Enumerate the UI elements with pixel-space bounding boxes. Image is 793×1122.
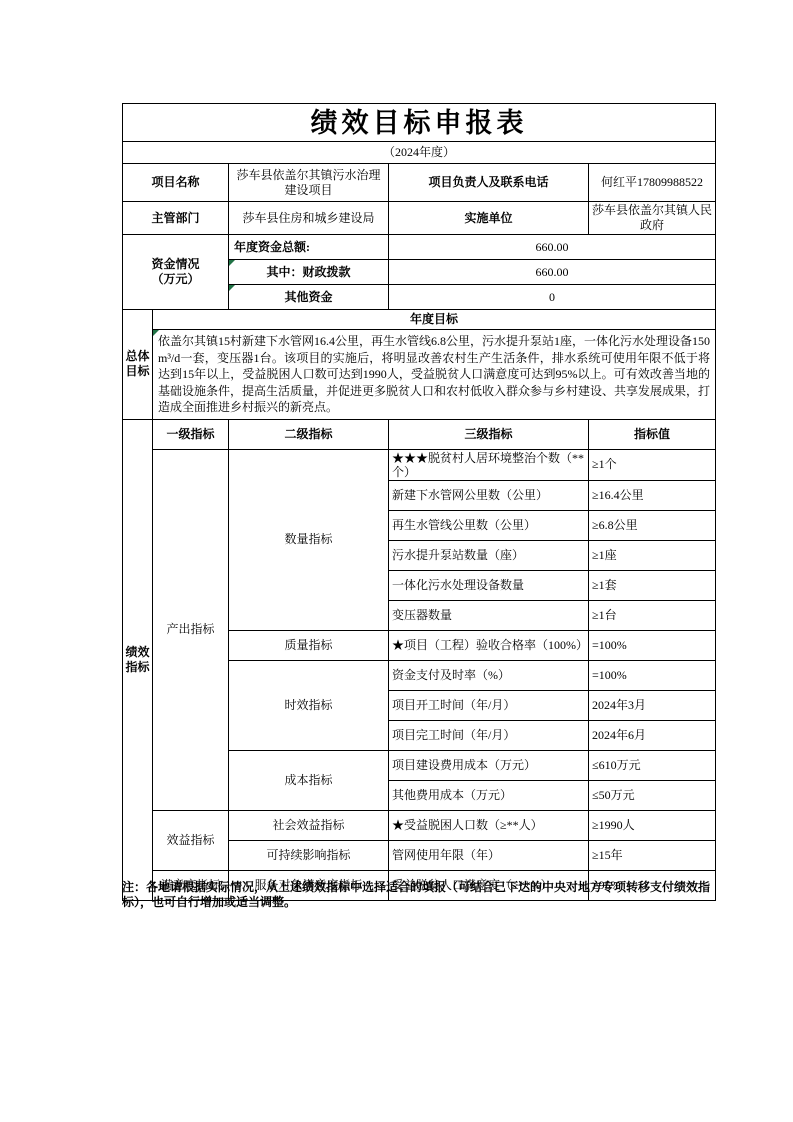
manager-value: 何红平17809988522 xyxy=(589,164,716,202)
cell-flag-icon xyxy=(229,285,235,291)
indicator-name: 资金支付及时率（%） xyxy=(389,660,589,690)
indicator-value: ≤610万元 xyxy=(589,750,716,780)
overall-goal-text-row: 依盖尔其镇15村新建下水管网16.4公里，再生水管线6.8公里，污水提升泵站1座… xyxy=(123,330,716,420)
indicator-name: 再生水管线公里数（公里） xyxy=(389,510,589,540)
col-header-level3: 三级指标 xyxy=(389,419,589,449)
level2-quality: 质量指标 xyxy=(229,630,389,660)
performance-indicators-label: 绩效 指标 xyxy=(123,419,153,900)
col-header-level2: 二级指标 xyxy=(229,419,389,449)
manager-label: 项目负责人及联系电话 xyxy=(389,164,589,202)
level2-social: 社会效益指标 xyxy=(229,810,389,840)
funding-label: 资金情况 （万元） xyxy=(123,235,229,310)
col-header-value: 指标值 xyxy=(589,419,716,449)
impl-unit-value: 莎车县依盖尔其镇人民政府 xyxy=(589,202,716,235)
indicator-value: ≥1个 xyxy=(589,449,716,480)
indicator-name: ★受益脱困人口数（≥**人） xyxy=(389,810,589,840)
cell-flag-icon xyxy=(153,330,159,336)
annual-goal-header: 年度目标 xyxy=(153,310,716,330)
title-row: 绩效目标申报表 xyxy=(123,104,716,142)
funding-total-row: 资金情况 （万元） 年度资金总额: 660.00 xyxy=(123,235,716,260)
level2-sustain: 可持续影响指标 xyxy=(229,840,389,870)
indicator-value: ≥15年 xyxy=(589,840,716,870)
funding-other-value: 0 xyxy=(389,285,716,310)
level1-benefit: 效益指标 xyxy=(153,810,229,870)
indicator-value: ≥1台 xyxy=(589,600,716,630)
level2-cost: 成本指标 xyxy=(229,750,389,810)
indicator-name: ★★★脱贫村人居环境整治个数（**个） xyxy=(389,449,589,480)
overall-goal-text: 依盖尔其镇15村新建下水管网16.4公里，再生水管线6.8公里，污水提升泵站1座… xyxy=(153,330,716,420)
page-title: 绩效目标申报表 xyxy=(123,104,716,142)
indicator-row: 效益指标 社会效益指标 ★受益脱困人口数（≥**人） ≥1990人 xyxy=(123,810,716,840)
indicator-value: 2024年6月 xyxy=(589,720,716,750)
overall-goal-label: 总体 目标 xyxy=(123,310,153,420)
subtitle-row: （2024年度） xyxy=(123,142,716,164)
cell-flag-icon xyxy=(229,260,235,266)
impl-unit-label: 实施单位 xyxy=(389,202,589,235)
indicator-value: ≥1套 xyxy=(589,570,716,600)
indicator-name: 其他费用成本（万元） xyxy=(389,780,589,810)
indicator-row: 产出指标 数量指标 ★★★脱贫村人居环境整治个数（**个） ≥1个 xyxy=(123,449,716,480)
funding-total-value: 660.00 xyxy=(389,235,716,260)
indicator-value: ≥1座 xyxy=(589,540,716,570)
department-value: 莎车县住房和城乡建设局 xyxy=(229,202,389,235)
indicator-name: 变压器数量 xyxy=(389,600,589,630)
level2-quantity: 数量指标 xyxy=(229,449,389,630)
indicator-value: ≥6.8公里 xyxy=(589,510,716,540)
project-name-label: 项目名称 xyxy=(123,164,229,202)
indicator-value: ≤50万元 xyxy=(589,780,716,810)
indicator-header-row: 绩效 指标 一级指标 二级指标 三级指标 指标值 xyxy=(123,419,716,449)
funding-total-label: 年度资金总额: xyxy=(229,235,389,260)
project-name-row: 项目名称 莎车县依盖尔其镇污水治理建设项目 项目负责人及联系电话 何红平1780… xyxy=(123,164,716,202)
indicator-name: 新建下水管网公里数（公里） xyxy=(389,480,589,510)
declaration-form-table: 绩效目标申报表 （2024年度） 项目名称 莎车县依盖尔其镇污水治理建设项目 项… xyxy=(122,103,716,901)
indicator-value: ≥1990人 xyxy=(589,810,716,840)
indicator-name: 污水提升泵站数量（座） xyxy=(389,540,589,570)
indicator-value: =100% xyxy=(589,630,716,660)
indicator-name: ★项目（工程）验收合格率（100%） xyxy=(389,630,589,660)
indicator-name: 一体化污水处理设备数量 xyxy=(389,570,589,600)
indicator-value: 2024年3月 xyxy=(589,690,716,720)
funding-fiscal-label: 其中：财政拨款 xyxy=(229,260,389,285)
indicator-name: 项目开工时间（年/月） xyxy=(389,690,589,720)
project-name-value: 莎车县依盖尔其镇污水治理建设项目 xyxy=(229,164,389,202)
indicator-value: ≥16.4公里 xyxy=(589,480,716,510)
document-page: 绩效目标申报表 （2024年度） 项目名称 莎车县依盖尔其镇污水治理建设项目 项… xyxy=(0,0,793,1122)
funding-fiscal-value: 660.00 xyxy=(389,260,716,285)
funding-other-label: 其他资金 xyxy=(229,285,389,310)
level2-timeliness: 时效指标 xyxy=(229,660,389,750)
footnote: 注：各地请根据实际情况，从上述绩效指标中选择适合的填报（可结合已下达的中央对地方… xyxy=(122,880,718,910)
col-header-level1: 一级指标 xyxy=(153,419,229,449)
level1-output: 产出指标 xyxy=(153,449,229,810)
department-label: 主管部门 xyxy=(123,202,229,235)
indicator-name: 管网使用年限（年） xyxy=(389,840,589,870)
indicator-value: =100% xyxy=(589,660,716,690)
indicator-name: 项目建设费用成本（万元） xyxy=(389,750,589,780)
page-subtitle: （2024年度） xyxy=(123,142,716,164)
annual-goal-header-row: 总体 目标 年度目标 xyxy=(123,310,716,330)
indicator-name: 项目完工时间（年/月） xyxy=(389,720,589,750)
department-row: 主管部门 莎车县住房和城乡建设局 实施单位 莎车县依盖尔其镇人民政府 xyxy=(123,202,716,235)
